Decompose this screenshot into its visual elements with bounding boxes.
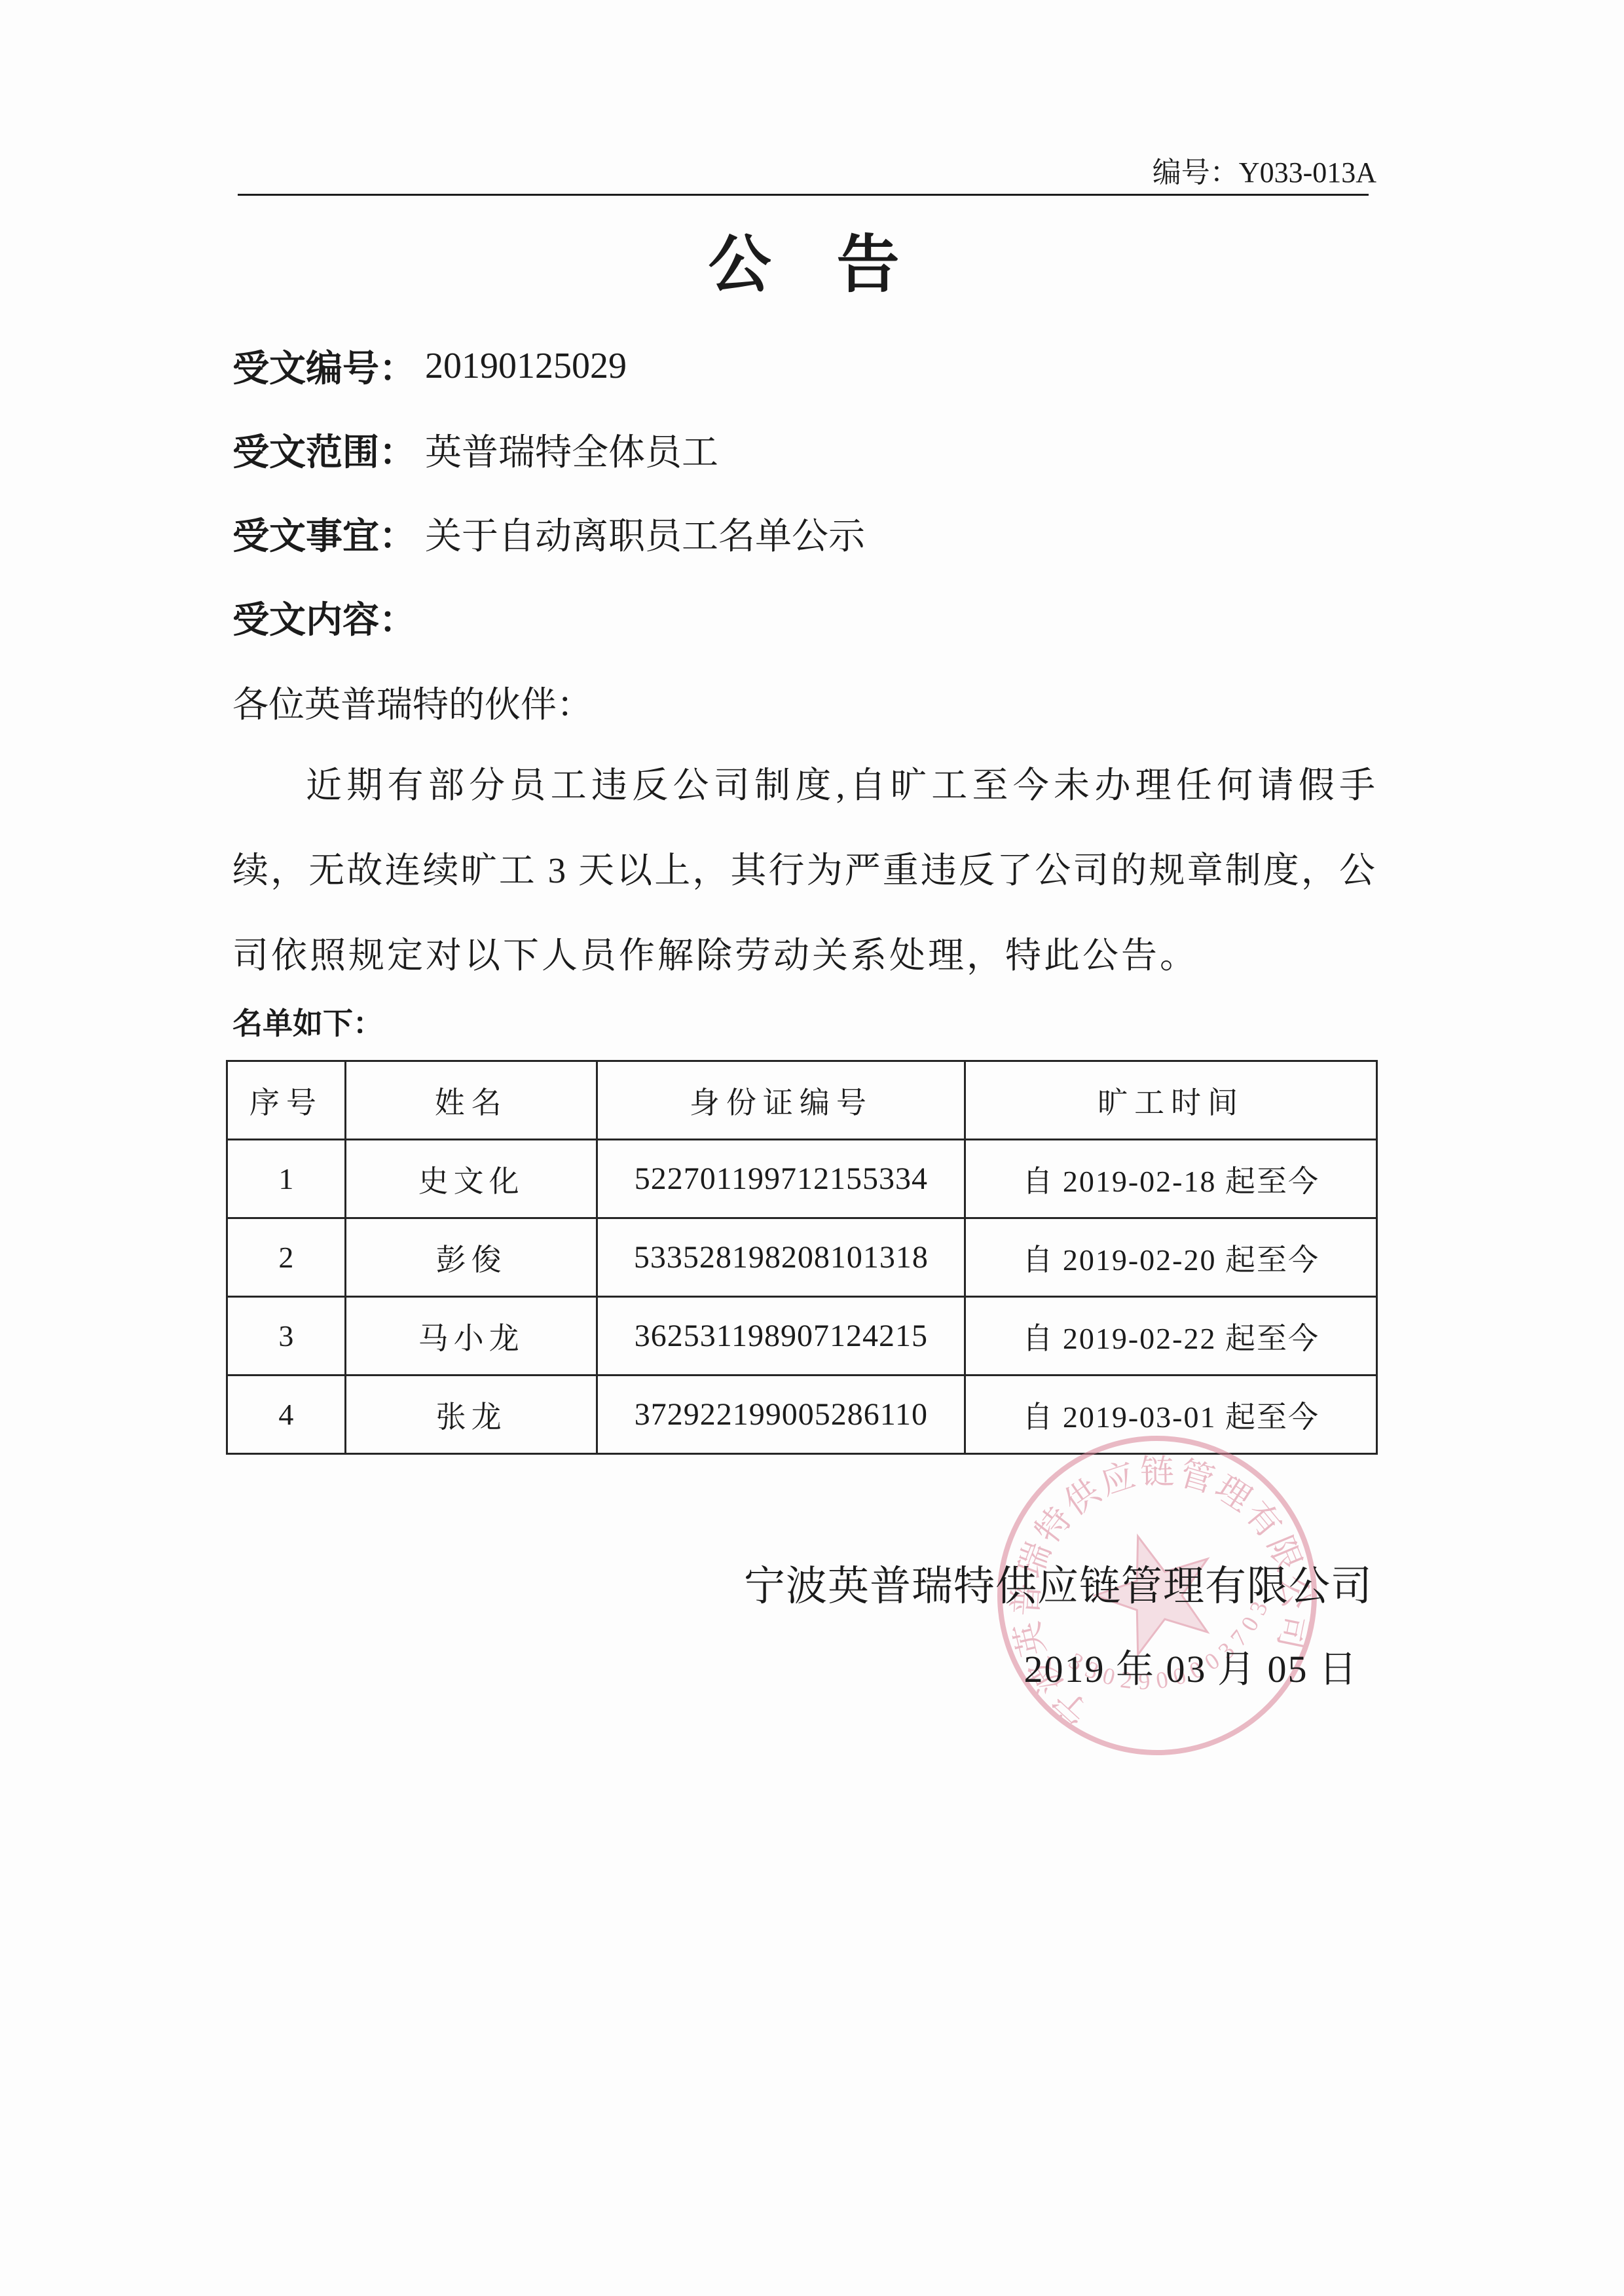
cell-id-number: 522701199712155334 [597, 1140, 965, 1218]
cell-index: 3 [227, 1297, 346, 1376]
body-paragraph-line: 司依照规定对以下人员作解除劳动关系处理，特此公告。 [232, 913, 1376, 998]
cell-name: 史文化 [345, 1140, 597, 1218]
absentee-table: 序号 姓名 身份证编号 旷工时间 1 史文化 52270119971215533… [226, 1060, 1378, 1455]
field-value: 英普瑞特全体员工 [425, 424, 718, 476]
field-doc-number: 受文编号： 20190125029 [232, 324, 1376, 408]
cell-id-number: 362531198907124215 [597, 1297, 965, 1376]
field-label: 受文事宜： [232, 507, 416, 560]
header-divider [238, 194, 1369, 196]
scanned-announcement-page: 编号：Y033-013A 公 告 受文编号： 20190125029 受文范围：… [0, 0, 1624, 2296]
salutation: 各位英普瑞特的伙伴： [232, 659, 1376, 743]
cell-name: 马小龙 [345, 1297, 597, 1376]
body-paragraph-line: 续，无故连续旷工 3 天以上，其行为严重违反了公司的规章制度，公 [232, 828, 1376, 913]
table-row: 3 马小龙 362531198907124215 自 2019-02-22 起至… [227, 1297, 1377, 1376]
col-header-absence-time: 旷工时间 [965, 1061, 1377, 1140]
cell-absence-time: 自 2019-03-01 起至今 [965, 1376, 1377, 1454]
field-label: 受文编号： [232, 340, 416, 392]
document-content: 编号：Y033-013A 公 告 受文编号： 20190125029 受文范围：… [232, 0, 1376, 1689]
field-scope: 受文范围： 英普瑞特全体员工 [232, 408, 1376, 492]
doc-ref-value: Y033-013A [1239, 156, 1376, 189]
page-title: 公 告 [232, 232, 1376, 298]
field-list: 受文编号： 20190125029 受文范围： 英普瑞特全体员工 受文事宜： 关… [232, 324, 1376, 659]
doc-ref-number: 编号：Y033-013A [232, 156, 1376, 190]
body-paragraph-line: 近期有部分员工违反公司制度,自旷工至今未办理任何请假手 [232, 743, 1376, 828]
col-header-id: 身份证编号 [597, 1061, 965, 1140]
cell-name: 张龙 [345, 1376, 597, 1454]
table-row: 4 张龙 372922199005286110 自 2019-03-01 起至今 [227, 1376, 1377, 1454]
signature-date: 2019 年 03 月 05 日 [232, 1650, 1376, 1689]
cell-name: 彭俊 [345, 1218, 597, 1297]
col-header-index: 序号 [227, 1061, 346, 1140]
cell-index: 1 [227, 1140, 346, 1218]
doc-ref-label: 编号： [1153, 156, 1239, 189]
cell-id-number: 372922199005286110 [597, 1376, 965, 1454]
cell-index: 2 [227, 1218, 346, 1297]
field-label: 受文内容： [232, 591, 416, 644]
table-row: 1 史文化 522701199712155334 自 2019-02-18 起至… [227, 1140, 1377, 1218]
cell-id-number: 533528198208101318 [597, 1218, 965, 1297]
field-value: 关于自动离职员工名单公示 [425, 507, 865, 560]
field-subject: 受文事宜： 关于自动离职员工名单公示 [232, 492, 1376, 575]
field-label: 受文范围： [232, 424, 416, 476]
signature-company: 宁波英普瑞特供应链管理有限公司 [232, 1565, 1376, 1608]
table-row: 2 彭俊 533528198208101318 自 2019-02-20 起至今 [227, 1218, 1377, 1297]
cell-absence-time: 自 2019-02-22 起至今 [965, 1297, 1377, 1376]
cell-index: 4 [227, 1376, 346, 1454]
list-intro: 名单如下： [232, 1002, 1376, 1046]
col-header-name: 姓名 [345, 1061, 597, 1140]
table-header-row: 序号 姓名 身份证编号 旷工时间 [227, 1061, 1377, 1140]
cell-absence-time: 自 2019-02-18 起至今 [965, 1140, 1377, 1218]
field-content: 受文内容： [232, 575, 1376, 659]
field-value: 20190125029 [425, 345, 627, 387]
cell-absence-time: 自 2019-02-20 起至今 [965, 1218, 1377, 1297]
